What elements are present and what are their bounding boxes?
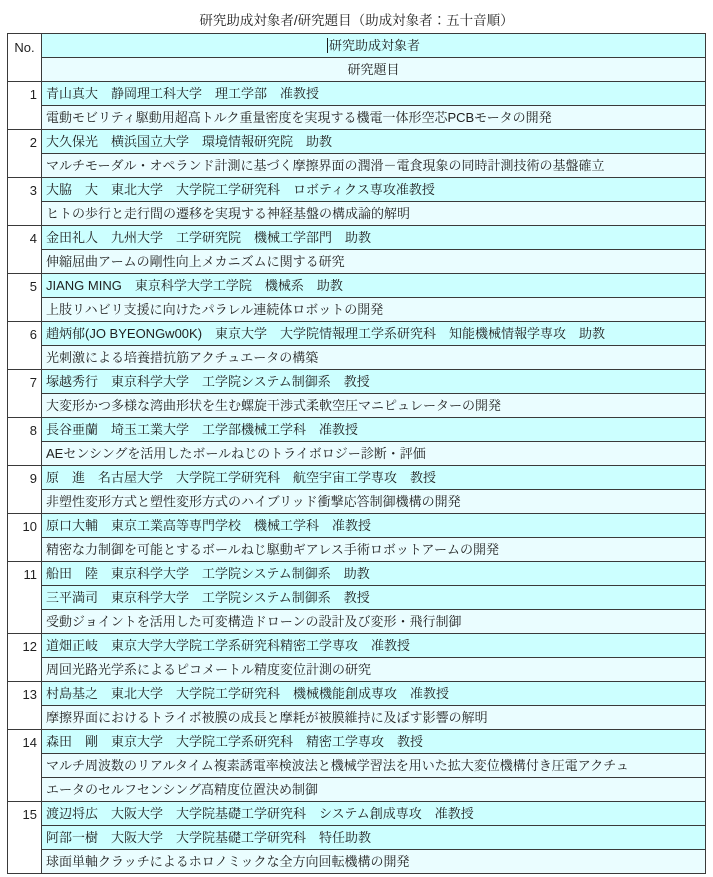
table-row: 3大脇 大 東北大学 大学院工学研究科 ロボティクス専攻准教授: [8, 178, 706, 202]
table-row: 14森田 剛 東京大学 大学院工学系研究科 精密工学専攻 教授: [8, 730, 706, 754]
table-row: 周回光路光学系によるピコメートル精度変位計測の研究: [8, 658, 706, 682]
entry-number: 2: [8, 130, 42, 178]
grant-table: No. 研究助成対象者 研究題目 1青山真大 静岡理工科大学 理工学部 准教授電…: [7, 33, 706, 874]
grantee-cell: 塚越秀行 東京科学大学 工学院システム制御系 教授: [42, 370, 706, 394]
table-row: 5JIANG MING 東京科学大学工学院 機械系 助教: [8, 274, 706, 298]
header-row-topic: 研究題目: [8, 58, 706, 82]
table-row: 1青山真大 静岡理工科大学 理工学部 准教授: [8, 82, 706, 106]
entry-number: 5: [8, 274, 42, 322]
entry-number: 9: [8, 466, 42, 514]
grantee-cell: 大久保光 横浜国立大学 環境情報研究院 助教: [42, 130, 706, 154]
grantee-cell: 森田 剛 東京大学 大学院工学系研究科 精密工学専攻 教授: [42, 730, 706, 754]
grantee-cell: 阿部一樹 大阪大学 大学院基礎工学研究科 特任助教: [42, 826, 706, 850]
grantee-cell: 大脇 大 東北大学 大学院工学研究科 ロボティクス専攻准教授: [42, 178, 706, 202]
page-title: 研究助成対象者/研究題目（助成対象者：五十音順）: [0, 0, 713, 29]
table-row: マルチ周波数のリアルタイム複素誘電率検波法と機械学習法を用いた拡大変位機構付き圧…: [8, 754, 706, 778]
entry-number: 7: [8, 370, 42, 418]
table-row: AEセンシングを活用したボールねじのトライボロジー診断・評価: [8, 442, 706, 466]
table-row: 非塑性変形方式と塑性変形方式のハイブリッド衝撃応答制御機構の開発: [8, 490, 706, 514]
research-title-cell: AEセンシングを活用したボールねじのトライボロジー診断・評価: [42, 442, 706, 466]
research-title-cell: マルチ周波数のリアルタイム複素誘電率検波法と機械学習法を用いた拡大変位機構付き圧…: [42, 754, 706, 778]
table-row: 7塚越秀行 東京科学大学 工学院システム制御系 教授: [8, 370, 706, 394]
research-title-cell: 摩擦界面におけるトライボ被膜の成長と摩耗が被膜維持に及ぼす影響の解明: [42, 706, 706, 730]
table-row: 阿部一樹 大阪大学 大学院基礎工学研究科 特任助教: [8, 826, 706, 850]
entry-number: 11: [8, 562, 42, 634]
table-row: 電動モビリティ駆動用超高トルク重量密度を実現する機電一体形空芯PCBモータの開発: [8, 106, 706, 130]
research-title-cell: 受動ジョイントを活用した可変構造ドローンの設計及び変形・飛行制御: [42, 610, 706, 634]
entry-number: 14: [8, 730, 42, 802]
grantee-cell: 道畑正岐 東京大学大学院工学系研究科精密工学専攻 准教授: [42, 634, 706, 658]
grantee-cell: 金田礼人 九州大学 工学研究院 機械工学部門 助教: [42, 226, 706, 250]
grantee-cell: 村島基之 東北大学 大学院工学研究科 機械機能創成専攻 准教授: [42, 682, 706, 706]
research-title-cell: 周回光路光学系によるピコメートル精度変位計測の研究: [42, 658, 706, 682]
table-row: 12道畑正岐 東京大学大学院工学系研究科精密工学専攻 准教授: [8, 634, 706, 658]
table-row: 精密な力制御を可能とするボールねじ駆動ギアレス手術ロボットアームの開発: [8, 538, 706, 562]
entry-number: 12: [8, 634, 42, 682]
entry-number: 15: [8, 802, 42, 874]
research-title-cell: 精密な力制御を可能とするボールねじ駆動ギアレス手術ロボットアームの開発: [42, 538, 706, 562]
header-row-grantee: No. 研究助成対象者: [8, 34, 706, 58]
grantee-cell: 三平満司 東京科学大学 工学院システム制御系 教授: [42, 586, 706, 610]
research-title-cell: 光刺激による培養措抗筋アクチュエータの構築: [42, 346, 706, 370]
table-row: 大変形かつ多様な湾曲形状を生む螺旋干渉式柔軟空圧マニピュレーターの開発: [8, 394, 706, 418]
table-body: 1青山真大 静岡理工科大学 理工学部 准教授電動モビリティ駆動用超高トルク重量密…: [8, 82, 706, 874]
entry-number: 13: [8, 682, 42, 730]
research-title-cell: 電動モビリティ駆動用超高トルク重量密度を実現する機電一体形空芯PCBモータの開発: [42, 106, 706, 130]
grantee-cell: 渡辺将広 大阪大学 大学院基礎工学研究科 システム創成専攻 准教授: [42, 802, 706, 826]
no-column-header: No.: [8, 34, 42, 82]
grantee-cell: 原 進 名古屋大学 大学院工学研究科 航空宇宙工学専攻 教授: [42, 466, 706, 490]
entry-number: 1: [8, 82, 42, 130]
entry-number: 6: [8, 322, 42, 370]
entry-number: 10: [8, 514, 42, 562]
table-row: 受動ジョイントを活用した可変構造ドローンの設計及び変形・飛行制御: [8, 610, 706, 634]
research-title-cell: ヒトの歩行と走行間の遷移を実現する神経基盤の構成論的解明: [42, 202, 706, 226]
entry-number: 4: [8, 226, 42, 274]
table-header: No. 研究助成対象者 研究題目: [8, 34, 706, 82]
research-title-cell: 上肢リハビリ支援に向けたパラレル連続体ロボットの開発: [42, 298, 706, 322]
topic-column-header: 研究題目: [42, 58, 706, 82]
table-row: 球面単軸クラッチによるホロノミックな全方向回転機構の開発: [8, 850, 706, 874]
table-row: 三平満司 東京科学大学 工学院システム制御系 教授: [8, 586, 706, 610]
text-cursor-icon: [327, 38, 328, 53]
grantee-cell: 趙炳郁(JO BYEONGw00K) 東京大学 大学院情報理工学系研究科 知能機…: [42, 322, 706, 346]
grantee-cell: 船田 陸 東京科学大学 工学院システム制御系 助教: [42, 562, 706, 586]
table-row: マルチモーダル・オペランド計測に基づく摩擦界面の潤滑－電食現象の同時計測技術の基…: [8, 154, 706, 178]
table-row: 6趙炳郁(JO BYEONGw00K) 東京大学 大学院情報理工学系研究科 知能…: [8, 322, 706, 346]
table-row: 4金田礼人 九州大学 工学研究院 機械工学部門 助教: [8, 226, 706, 250]
grantee-header-label: 研究助成対象者: [329, 38, 420, 53]
table-row: 上肢リハビリ支援に向けたパラレル連続体ロボットの開発: [8, 298, 706, 322]
grantee-cell: 長谷亜蘭 埼玉工業大学 工学部機械工学科 准教授: [42, 418, 706, 442]
table-row: ヒトの歩行と走行間の遷移を実現する神経基盤の構成論的解明: [8, 202, 706, 226]
grantee-column-header[interactable]: 研究助成対象者: [42, 34, 706, 58]
table-row: 10原口大輔 東京工業高等専門学校 機械工学科 准教授: [8, 514, 706, 538]
table-row: エータのセルフセンシング高精度位置決め制御: [8, 778, 706, 802]
table-row: 8長谷亜蘭 埼玉工業大学 工学部機械工学科 准教授: [8, 418, 706, 442]
entry-number: 8: [8, 418, 42, 466]
research-title-cell: 大変形かつ多様な湾曲形状を生む螺旋干渉式柔軟空圧マニピュレーターの開発: [42, 394, 706, 418]
table-row: 15渡辺将広 大阪大学 大学院基礎工学研究科 システム創成専攻 准教授: [8, 802, 706, 826]
entry-number: 3: [8, 178, 42, 226]
table-row: 光刺激による培養措抗筋アクチュエータの構築: [8, 346, 706, 370]
research-title-cell: 非塑性変形方式と塑性変形方式のハイブリッド衝撃応答制御機構の開発: [42, 490, 706, 514]
grantee-cell: 原口大輔 東京工業高等専門学校 機械工学科 准教授: [42, 514, 706, 538]
table-row: 13村島基之 東北大学 大学院工学研究科 機械機能創成専攻 准教授: [8, 682, 706, 706]
table-row: 2大久保光 横浜国立大学 環境情報研究院 助教: [8, 130, 706, 154]
table-row: 9原 進 名古屋大学 大学院工学研究科 航空宇宙工学専攻 教授: [8, 466, 706, 490]
table-row: 伸縮屈曲アームの剛性向上メカニズムに関する研究: [8, 250, 706, 274]
table-row: 摩擦界面におけるトライボ被膜の成長と摩耗が被膜維持に及ぼす影響の解明: [8, 706, 706, 730]
table-row: 11船田 陸 東京科学大学 工学院システム制御系 助教: [8, 562, 706, 586]
grantee-cell: 青山真大 静岡理工科大学 理工学部 准教授: [42, 82, 706, 106]
grantee-cell: JIANG MING 東京科学大学工学院 機械系 助教: [42, 274, 706, 298]
research-title-cell: エータのセルフセンシング高精度位置決め制御: [42, 778, 706, 802]
research-title-cell: 球面単軸クラッチによるホロノミックな全方向回転機構の開発: [42, 850, 706, 874]
research-title-cell: マルチモーダル・オペランド計測に基づく摩擦界面の潤滑－電食現象の同時計測技術の基…: [42, 154, 706, 178]
research-title-cell: 伸縮屈曲アームの剛性向上メカニズムに関する研究: [42, 250, 706, 274]
